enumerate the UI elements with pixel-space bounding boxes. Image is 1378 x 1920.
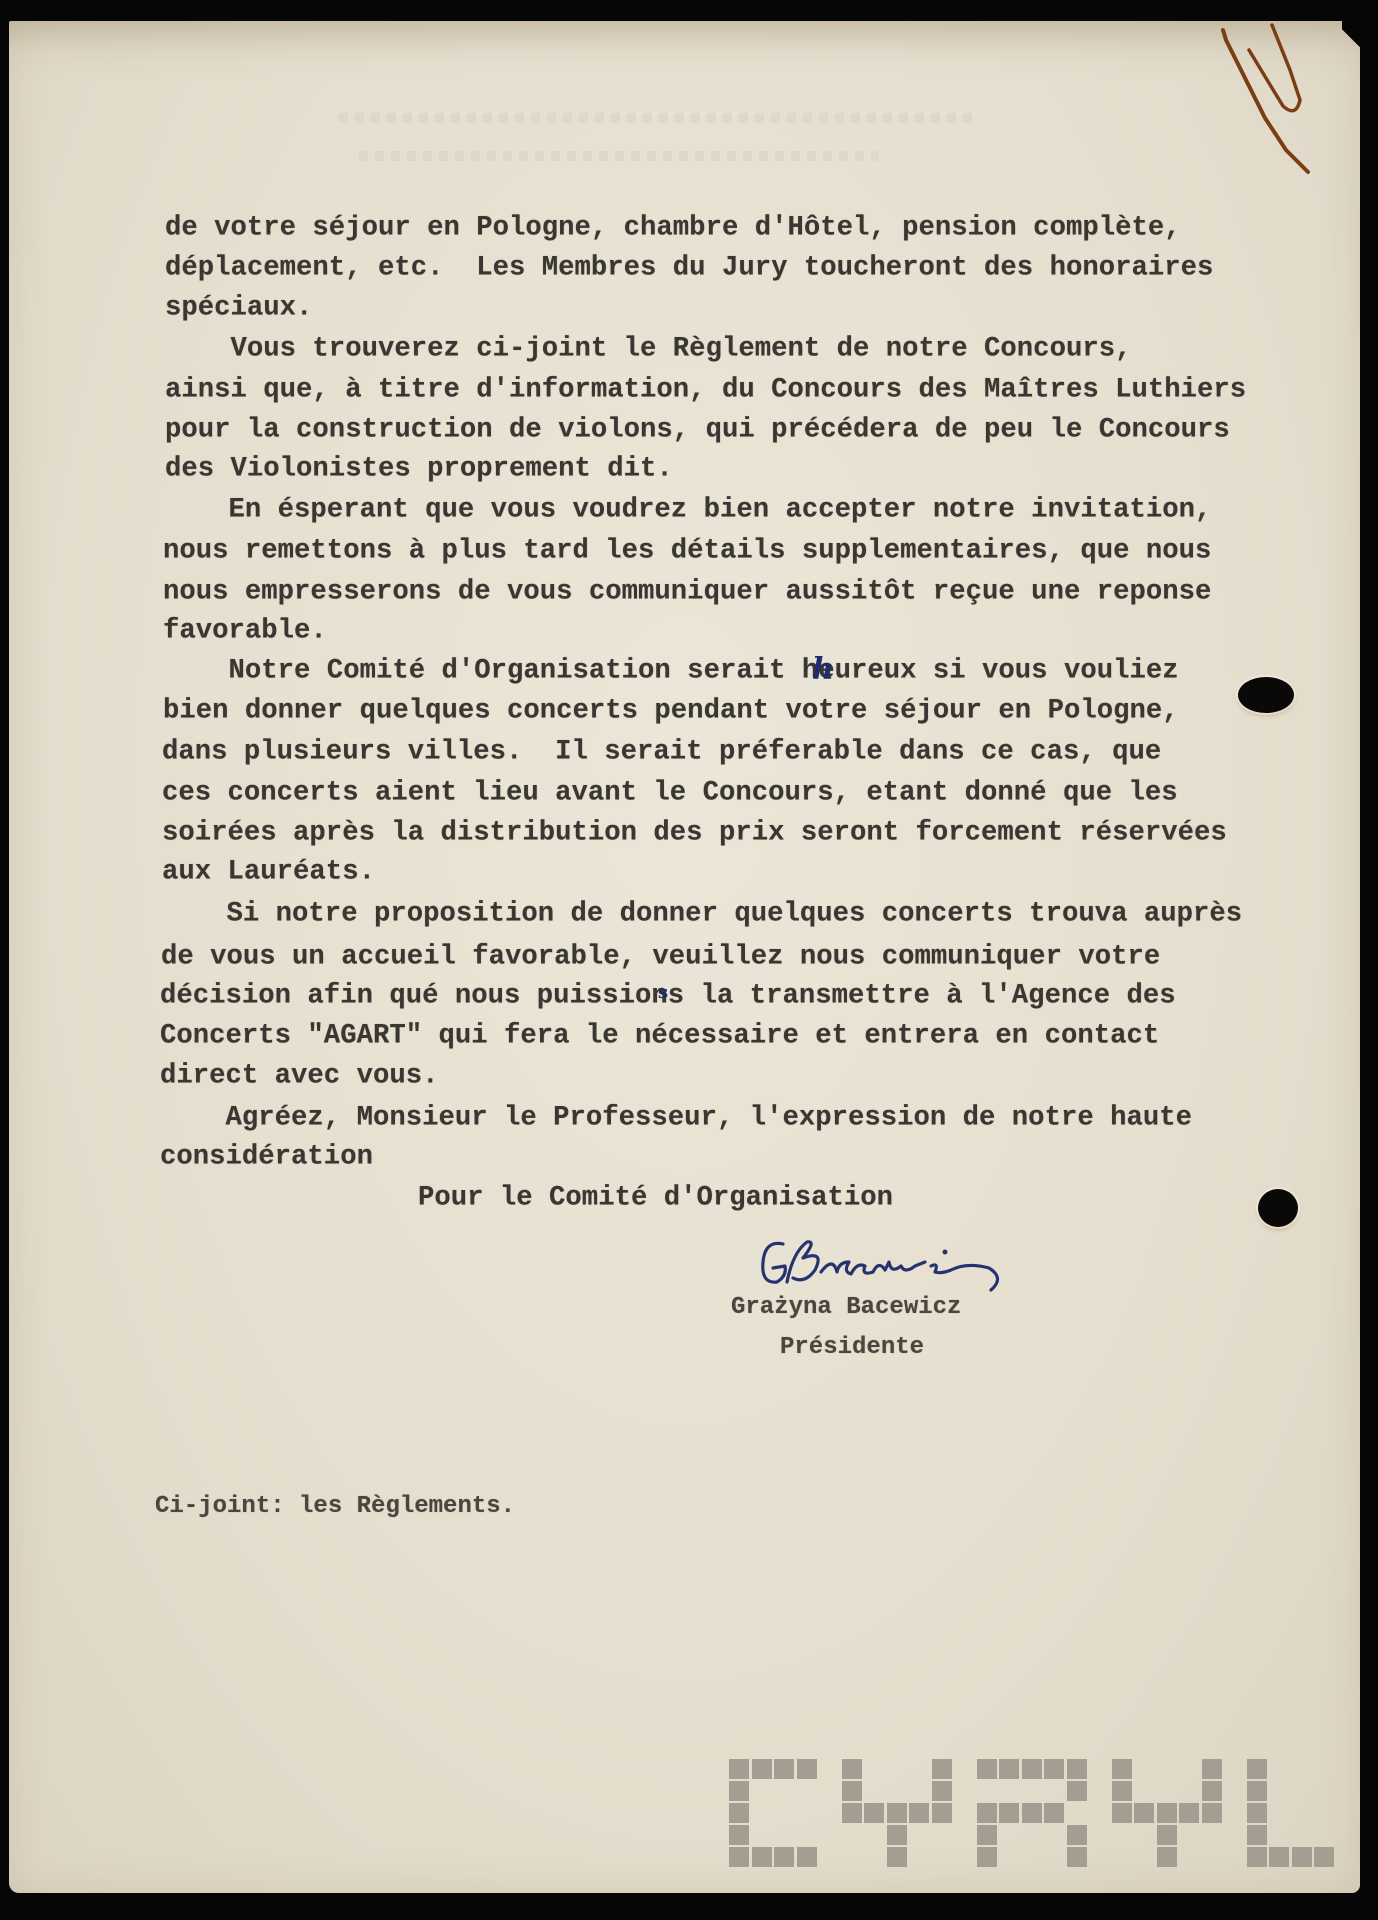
watermark-pixel: [729, 1781, 749, 1801]
watermark-pixel: [887, 1847, 907, 1867]
watermark-pixel: [887, 1803, 907, 1823]
watermark-pixel: [1022, 1759, 1042, 1779]
watermark-pixel: [1112, 1759, 1132, 1779]
watermark-pixel: [1067, 1781, 1087, 1801]
paragraph-2-line-3: pour la construction de violons, qui pré…: [165, 416, 1230, 443]
watermark-pixel: [1269, 1847, 1289, 1867]
paragraph-4-line-2: bien donner quelques concerts pendant vo…: [163, 697, 1179, 724]
watermark-pixel: [864, 1803, 884, 1823]
watermark-pixel: [909, 1803, 929, 1823]
watermark-pixel: [932, 1759, 952, 1779]
watermark-pixel: [1157, 1803, 1177, 1823]
paragraph-3-line-2: nous remettons à plus tard les détails s…: [163, 537, 1211, 564]
handwritten-correction: h: [812, 652, 834, 687]
watermark-pixel: [1314, 1847, 1334, 1867]
watermark-pixel: [1247, 1825, 1267, 1845]
watermark-pixel: [1157, 1825, 1177, 1845]
paragraph-2-line-4: des Violonistes proprement dit.: [165, 455, 673, 482]
watermark-pixel: [1247, 1847, 1267, 1867]
watermark-pixel: [842, 1803, 862, 1823]
watermark-pixel: [797, 1759, 817, 1779]
watermark-pixel: [932, 1803, 952, 1823]
punch-hole: [1238, 677, 1294, 713]
watermark-pixel: [977, 1759, 997, 1779]
watermark-pixel: [1247, 1759, 1267, 1779]
watermark-pixel: [1022, 1803, 1042, 1823]
watermark-pixel: [752, 1847, 772, 1867]
watermark-pixel: [999, 1803, 1019, 1823]
watermark-pixel: [1044, 1803, 1064, 1823]
watermark-pixel: [1112, 1781, 1132, 1801]
watermark-pixel: [1067, 1759, 1087, 1779]
paragraph-4-line-6: aux Lauréats.: [162, 858, 375, 885]
handwritten-correction: s: [658, 982, 668, 1003]
paragraph-4-line-1: Notre Comité d'Organisation serait heure…: [163, 657, 1179, 684]
watermark-pixel: [1157, 1847, 1177, 1867]
paragraph-4-line-3: dans plusieurs villes. Il serait préfera…: [162, 738, 1161, 765]
paragraph-6-line-2: considération: [160, 1143, 373, 1170]
watermark-pixel: [932, 1781, 952, 1801]
cyryl-watermark-logo: CYRYL: [729, 1759, 1339, 1869]
watermark-pixel: [842, 1781, 862, 1801]
paragraph-3-line-3: nous empresserons de vous communiquer au…: [163, 578, 1211, 605]
watermark-pixel: [1179, 1803, 1199, 1823]
watermark-pixel: [1202, 1759, 1222, 1779]
paragraph-5-line-1: Si notre proposition de donner quelques …: [161, 900, 1242, 927]
paragraph-5-line-4: Concerts "AGART" qui fera le nécessaire …: [160, 1022, 1159, 1049]
paragraph-4-line-5: soirées après la distribution des prix s…: [162, 819, 1227, 846]
paragraph-5-line-5: direct avec vous.: [160, 1062, 438, 1089]
watermark-pixel: [1067, 1847, 1087, 1867]
paragraph-6-line-1: Agréez, Monsieur le Professeur, l'expres…: [160, 1104, 1192, 1131]
watermark-pixel: [887, 1825, 907, 1845]
watermark-pixel: [1247, 1803, 1267, 1823]
watermark-pixel: [1202, 1781, 1222, 1801]
watermark-pixel: [1247, 1781, 1267, 1801]
watermark-pixel: [729, 1759, 749, 1779]
signatory-name: Grażyna Bacewicz: [731, 1296, 961, 1320]
paragraph-3-line-4: favorable.: [163, 617, 327, 644]
watermark-pixel: [999, 1759, 1019, 1779]
watermark-pixel: [797, 1847, 817, 1867]
watermark-pixel: [729, 1825, 749, 1845]
enclosure-note: Ci-joint: les Règlements.: [155, 1495, 515, 1519]
watermark-pixel: [774, 1759, 794, 1779]
paragraph-1-line-1: de votre séjour en Pologne, chambre d'Hô…: [165, 214, 1181, 241]
watermark-pixel: [977, 1803, 997, 1823]
punch-hole: [1258, 1189, 1298, 1227]
watermark-pixel: [977, 1825, 997, 1845]
paragraph-2-line-1: Vous trouverez ci-joint le Règlement de …: [165, 335, 1131, 362]
watermark-pixel: [1292, 1847, 1312, 1867]
watermark-pixel: [729, 1847, 749, 1867]
paragraph-1-line-2: déplacement, etc. Les Membres du Jury to…: [165, 254, 1213, 281]
paragraph-5-line-2: de vous un accueil favorable, veuillez n…: [161, 943, 1160, 970]
paragraph-4-line-4: ces concerts aient lieu avant le Concour…: [162, 779, 1178, 806]
closing-line: Pour le Comité d'Organisation: [418, 1184, 893, 1211]
watermark-pixel: [842, 1759, 862, 1779]
paragraph-1-line-3: spéciaux.: [165, 294, 312, 321]
watermark-pixel: [1134, 1803, 1154, 1823]
watermark-pixel: [1044, 1759, 1064, 1779]
watermark-pixel: [1112, 1803, 1132, 1823]
watermark-pixel: [752, 1759, 772, 1779]
watermark-pixel: [729, 1803, 749, 1823]
watermark-pixel: [1202, 1803, 1222, 1823]
paragraph-3-line-1: En ésperant que vous voudrez bien accept…: [163, 496, 1211, 523]
paragraph-2-line-2: ainsi que, à titre d'information, du Con…: [165, 376, 1246, 403]
watermark-pixel: [774, 1847, 794, 1867]
watermark-pixel: [1067, 1825, 1087, 1845]
signatory-title: Présidente: [780, 1336, 924, 1360]
watermark-pixel: [977, 1847, 997, 1867]
